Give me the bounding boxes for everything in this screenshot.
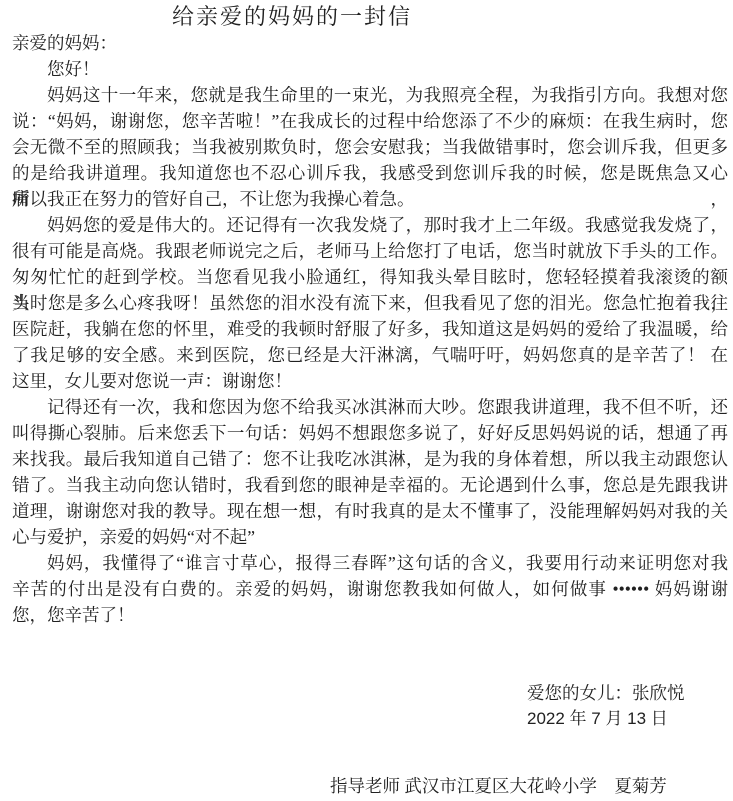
letter-line: 辛苦的付出是没有白费的。亲爱的妈妈，谢谢您教我如何做人，如何做事 •••••• … bbox=[12, 576, 728, 602]
letter-document: 给亲爱的妈妈的一封信 亲爱的妈妈： 您好！ 妈妈这十一年来，您就是我生命里的一束… bbox=[0, 0, 733, 801]
letter-line: 当时您是多么心疼我呀！虽然您的泪水没有流下来，但我看见了您的泪光。您急忙抱着我往 bbox=[12, 290, 728, 316]
letter-line: 心与爱护，亲爱的妈妈“对不起” bbox=[12, 524, 728, 550]
letter-line: 错了。当我主动向您认错时，我看到您的眼神是幸福的。无论遇到什么事，您总是先跟我讲 bbox=[12, 472, 728, 498]
letter-content: 给亲爱的妈妈的一封信 亲爱的妈妈： 您好！ 妈妈这十一年来，您就是我生命里的一束… bbox=[12, 4, 728, 799]
letter-line: 来找我。最后我知道自己错了：您不让我吃冰淇淋，是为我的身体着想，所以我主动跟您认 bbox=[12, 446, 728, 472]
letter-line: 医院赶，我躺在您的怀里，难受的我顿时舒服了好多，我知道这是妈妈的爱给了我温暖，给 bbox=[12, 316, 728, 342]
letter-line: 道理，谢谢您对我的教导。现在想一想，有时我真的是太不懂事了，没能理解妈妈对我的关 bbox=[12, 498, 728, 524]
letter-line: 这里，女儿要对您说一声：谢谢您！ bbox=[12, 368, 728, 394]
letter-line: 的是给我讲道理。我知道您也不忍心训斥我，我感受到您训斥我的时候，您是既焦急又心痛… bbox=[12, 160, 728, 186]
letter-title: 给亲爱的妈妈的一封信 bbox=[172, 4, 728, 30]
signature-block: 爱您的女儿：张欣悦 2022 年 7 月 13 日 bbox=[527, 680, 728, 732]
greeting: 您好！ bbox=[12, 56, 728, 82]
letter-line: 妈妈您的爱是伟大的。还记得有一次我发烧了，那时我才上二年级。我感觉我发烧了， bbox=[12, 212, 728, 238]
teacher-credit: 指导老师 武汉市江夏区大花岭小学 夏菊芳 bbox=[330, 773, 728, 799]
salutation: 亲爱的妈妈： bbox=[12, 30, 728, 56]
letter-line: 叫得撕心裂肺。后来您丢下一句话：妈妈不想跟您多说了，好好反思妈妈说的话，想通了再 bbox=[12, 420, 728, 446]
signature-date: 2022 年 7 月 13 日 bbox=[527, 706, 728, 732]
letter-line: 妈妈这十一年来，您就是我生命里的一束光，为我照亮全程，为我指引方向。我想对您 bbox=[12, 82, 728, 108]
letter-line: 说：“妈妈，谢谢您，您辛苦啦！”在我成长的过程中给您添了不少的麻烦：在我生病时，… bbox=[12, 108, 728, 134]
letter-line: 您，您辛苦了！ bbox=[12, 602, 728, 628]
letter-line: 很有可能是高烧。我跟老师说完之后，老师马上给您打了电话，您当时就放下手头的工作。 bbox=[12, 238, 728, 264]
letter-line: 妈妈，我懂得了“谁言寸草心，报得三春晖”这句话的含义，我要用行动来证明您对我 bbox=[12, 550, 728, 576]
signature-name: 爱您的女儿：张欣悦 bbox=[527, 680, 728, 706]
letter-line: 了我足够的安全感。来到医院，您已经是大汗淋漓，气喘吁吁，妈妈您真的是辛苦了！ 在 bbox=[12, 342, 728, 368]
letter-body: 妈妈这十一年来，您就是我生命里的一束光，为我照亮全程，为我指引方向。我想对您说：… bbox=[12, 82, 728, 628]
letter-line: 会无微不至的照顾我；当我被别欺负时，您会安慰我；当我做错事时，您会训斥我，但更多 bbox=[12, 134, 728, 160]
letter-line: 记得还有一次，我和您因为您不给我买冰淇淋而大吵。您跟我讲道理，我不但不听，还 bbox=[12, 394, 728, 420]
letter-line: 匆匆忙忙的赶到学校。当您看见我小脸通红，得知我头晕目眩时，您轻轻摸着我滚烫的额头… bbox=[12, 264, 728, 290]
